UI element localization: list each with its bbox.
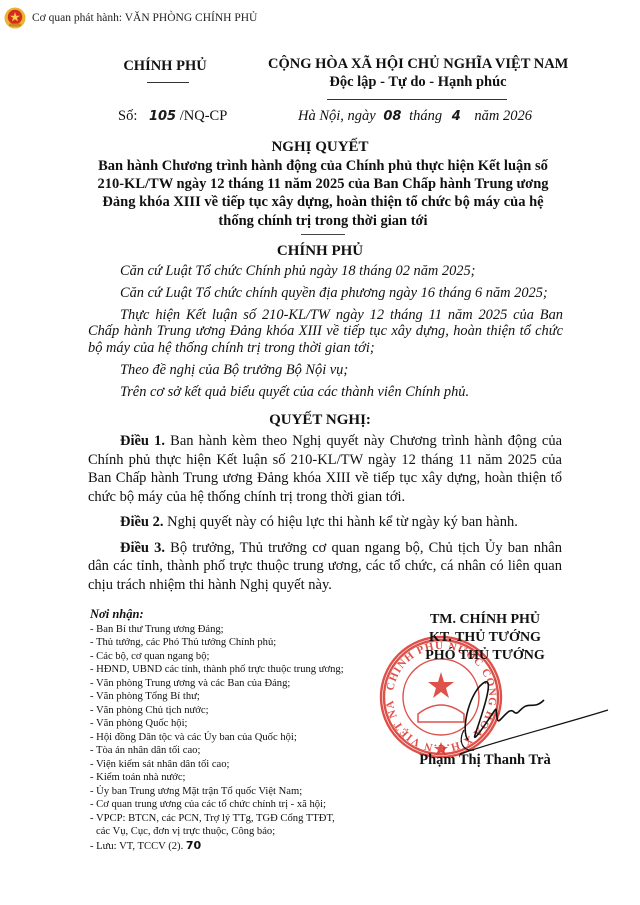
issuing-agency: CHÍNH PHỦ [100, 58, 230, 75]
signature-block: TM. CHÍNH PHỦ KT. THỦ TƯỚNG PHÓ THỦ TƯỚN… [400, 611, 570, 665]
recipient-item: - Hội đồng Dân tộc và các Ủy ban của Quố… [90, 731, 390, 745]
legal-basis: Căn cứ Luật Tổ chức chính quyền địa phươ… [88, 285, 563, 302]
article-3: Điều 3. Bộ trưởng, Thủ trưởng cơ quan ng… [88, 539, 562, 595]
article-label: Điều 2. [120, 514, 164, 530]
issuing-body-heading: CHÍNH PHỦ [80, 243, 560, 260]
recipient-item: - Cơ quan trung ương của các tổ chức chí… [90, 798, 390, 812]
recipient-item: - Ủy ban Trung ương Mặt trận Tổ quốc Việ… [90, 785, 390, 799]
recipient-item: - Văn phòng Tổng Bí thư; [90, 690, 390, 704]
recipient-item: - Ban Bí thư Trung ương Đảng; [90, 623, 390, 637]
recipients-list: Nơi nhận: - Ban Bí thư Trung ương Đảng; … [90, 608, 390, 853]
national-emblem-icon [4, 7, 26, 29]
issuer-label: Cơ quan phát hành: VĂN PHÒNG CHÍNH PHỦ [32, 12, 257, 24]
motto-underline [327, 99, 507, 100]
document-number: Số: 105 /NQ-CP [118, 108, 227, 125]
issuer-bar: Cơ quan phát hành: VĂN PHÒNG CHÍNH PHỦ [4, 4, 257, 32]
national-title: CỘNG HÒA XÃ HỘI CHỦ NGHĨA VIỆT NAM [268, 56, 568, 73]
handwritten-signature-icon [440, 670, 610, 760]
agency-underline [147, 82, 189, 83]
recipient-item: - Văn phòng Quốc hội; [90, 717, 390, 731]
legal-basis: Theo đề nghị của Bộ trưởng Bộ Nội vụ; [88, 362, 563, 379]
legal-basis: Căn cứ Luật Tổ chức Chính phủ ngày 18 th… [88, 263, 563, 280]
recipient-item: các Vụ, Cục, đơn vị trực thuộc, Công báo… [90, 825, 390, 839]
title-underline [301, 234, 345, 235]
recipient-item: - Các bộ, cơ quan ngang bộ; [90, 650, 390, 664]
recipient-item: - Văn phòng Trung ương và các Ban của Đả… [90, 677, 390, 691]
recipient-item: - Tòa án nhân dân tối cao; [90, 744, 390, 758]
archive-label: - Lưu: VT, TCCV (2). [90, 841, 183, 852]
signer-name: Phạm Thị Thanh Trà [400, 752, 570, 769]
decision-heading: QUYẾT NGHỊ: [80, 412, 560, 429]
archive-note: - Lưu: VT, TCCV (2). 70 [90, 839, 390, 854]
article-text: Nghị quyết này có hiệu lực thi hành kể t… [164, 514, 518, 530]
number-suffix: /NQ-CP [180, 108, 228, 124]
article-label: Điều 1. [120, 433, 165, 449]
recipient-item: - VPCP: BTCN, các PCN, Trợ lý TTg, TGĐ C… [90, 812, 390, 826]
date-prefix: Hà Nội, ngày [298, 108, 376, 124]
number-value: 105 [149, 109, 176, 124]
national-motto: Độc lập - Tự do - Hạnh phúc [268, 74, 568, 91]
recipients-title: Nơi nhận: [90, 608, 390, 622]
article-label: Điều 3. [120, 540, 165, 556]
document-type: NGHỊ QUYẾT [80, 139, 560, 156]
date-month-label: tháng [409, 108, 442, 124]
issue-date: Hà Nội, ngày 08 tháng 4 năm 2026 [298, 108, 532, 125]
number-prefix: Số: [118, 108, 137, 124]
recipient-item: - HĐND, UBND các tỉnh, thành phố trực th… [90, 663, 390, 677]
recipient-item: - Viện kiểm sát nhân dân tối cao; [90, 758, 390, 772]
legal-basis: Thực hiện Kết luận số 210-KL/TW ngày 12 … [88, 307, 563, 357]
article-1: Điều 1. Ban hành kèm theo Nghị quyết này… [88, 432, 562, 506]
article-2: Điều 2. Nghị quyết này có hiệu lực thi h… [88, 513, 562, 532]
date-year: năm 2026 [474, 108, 532, 124]
articles: Điều 1. Ban hành kèm theo Nghị quyết này… [88, 432, 562, 601]
legal-bases: Căn cứ Luật Tổ chức Chính phủ ngày 18 th… [88, 263, 563, 401]
document-subject: Ban hành Chương trình hành động của Chín… [88, 157, 558, 230]
archive-copies: 70 [186, 839, 201, 852]
signature-authority: TM. CHÍNH PHỦ [400, 611, 570, 629]
date-day: 08 [383, 109, 401, 124]
signature-position: PHÓ THỦ TƯỚNG [400, 647, 570, 665]
signature-delegation: KT. THỦ TƯỚNG [400, 629, 570, 647]
legal-basis: Trên cơ sở kết quả biểu quyết của các th… [88, 384, 563, 401]
date-month: 4 [452, 109, 461, 124]
recipient-item: - Kiểm toán nhà nước; [90, 771, 390, 785]
recipient-item: - Thủ tướng, các Phó Thủ tướng Chính phủ… [90, 636, 390, 650]
recipient-item: - Văn phòng Chủ tịch nước; [90, 704, 390, 718]
